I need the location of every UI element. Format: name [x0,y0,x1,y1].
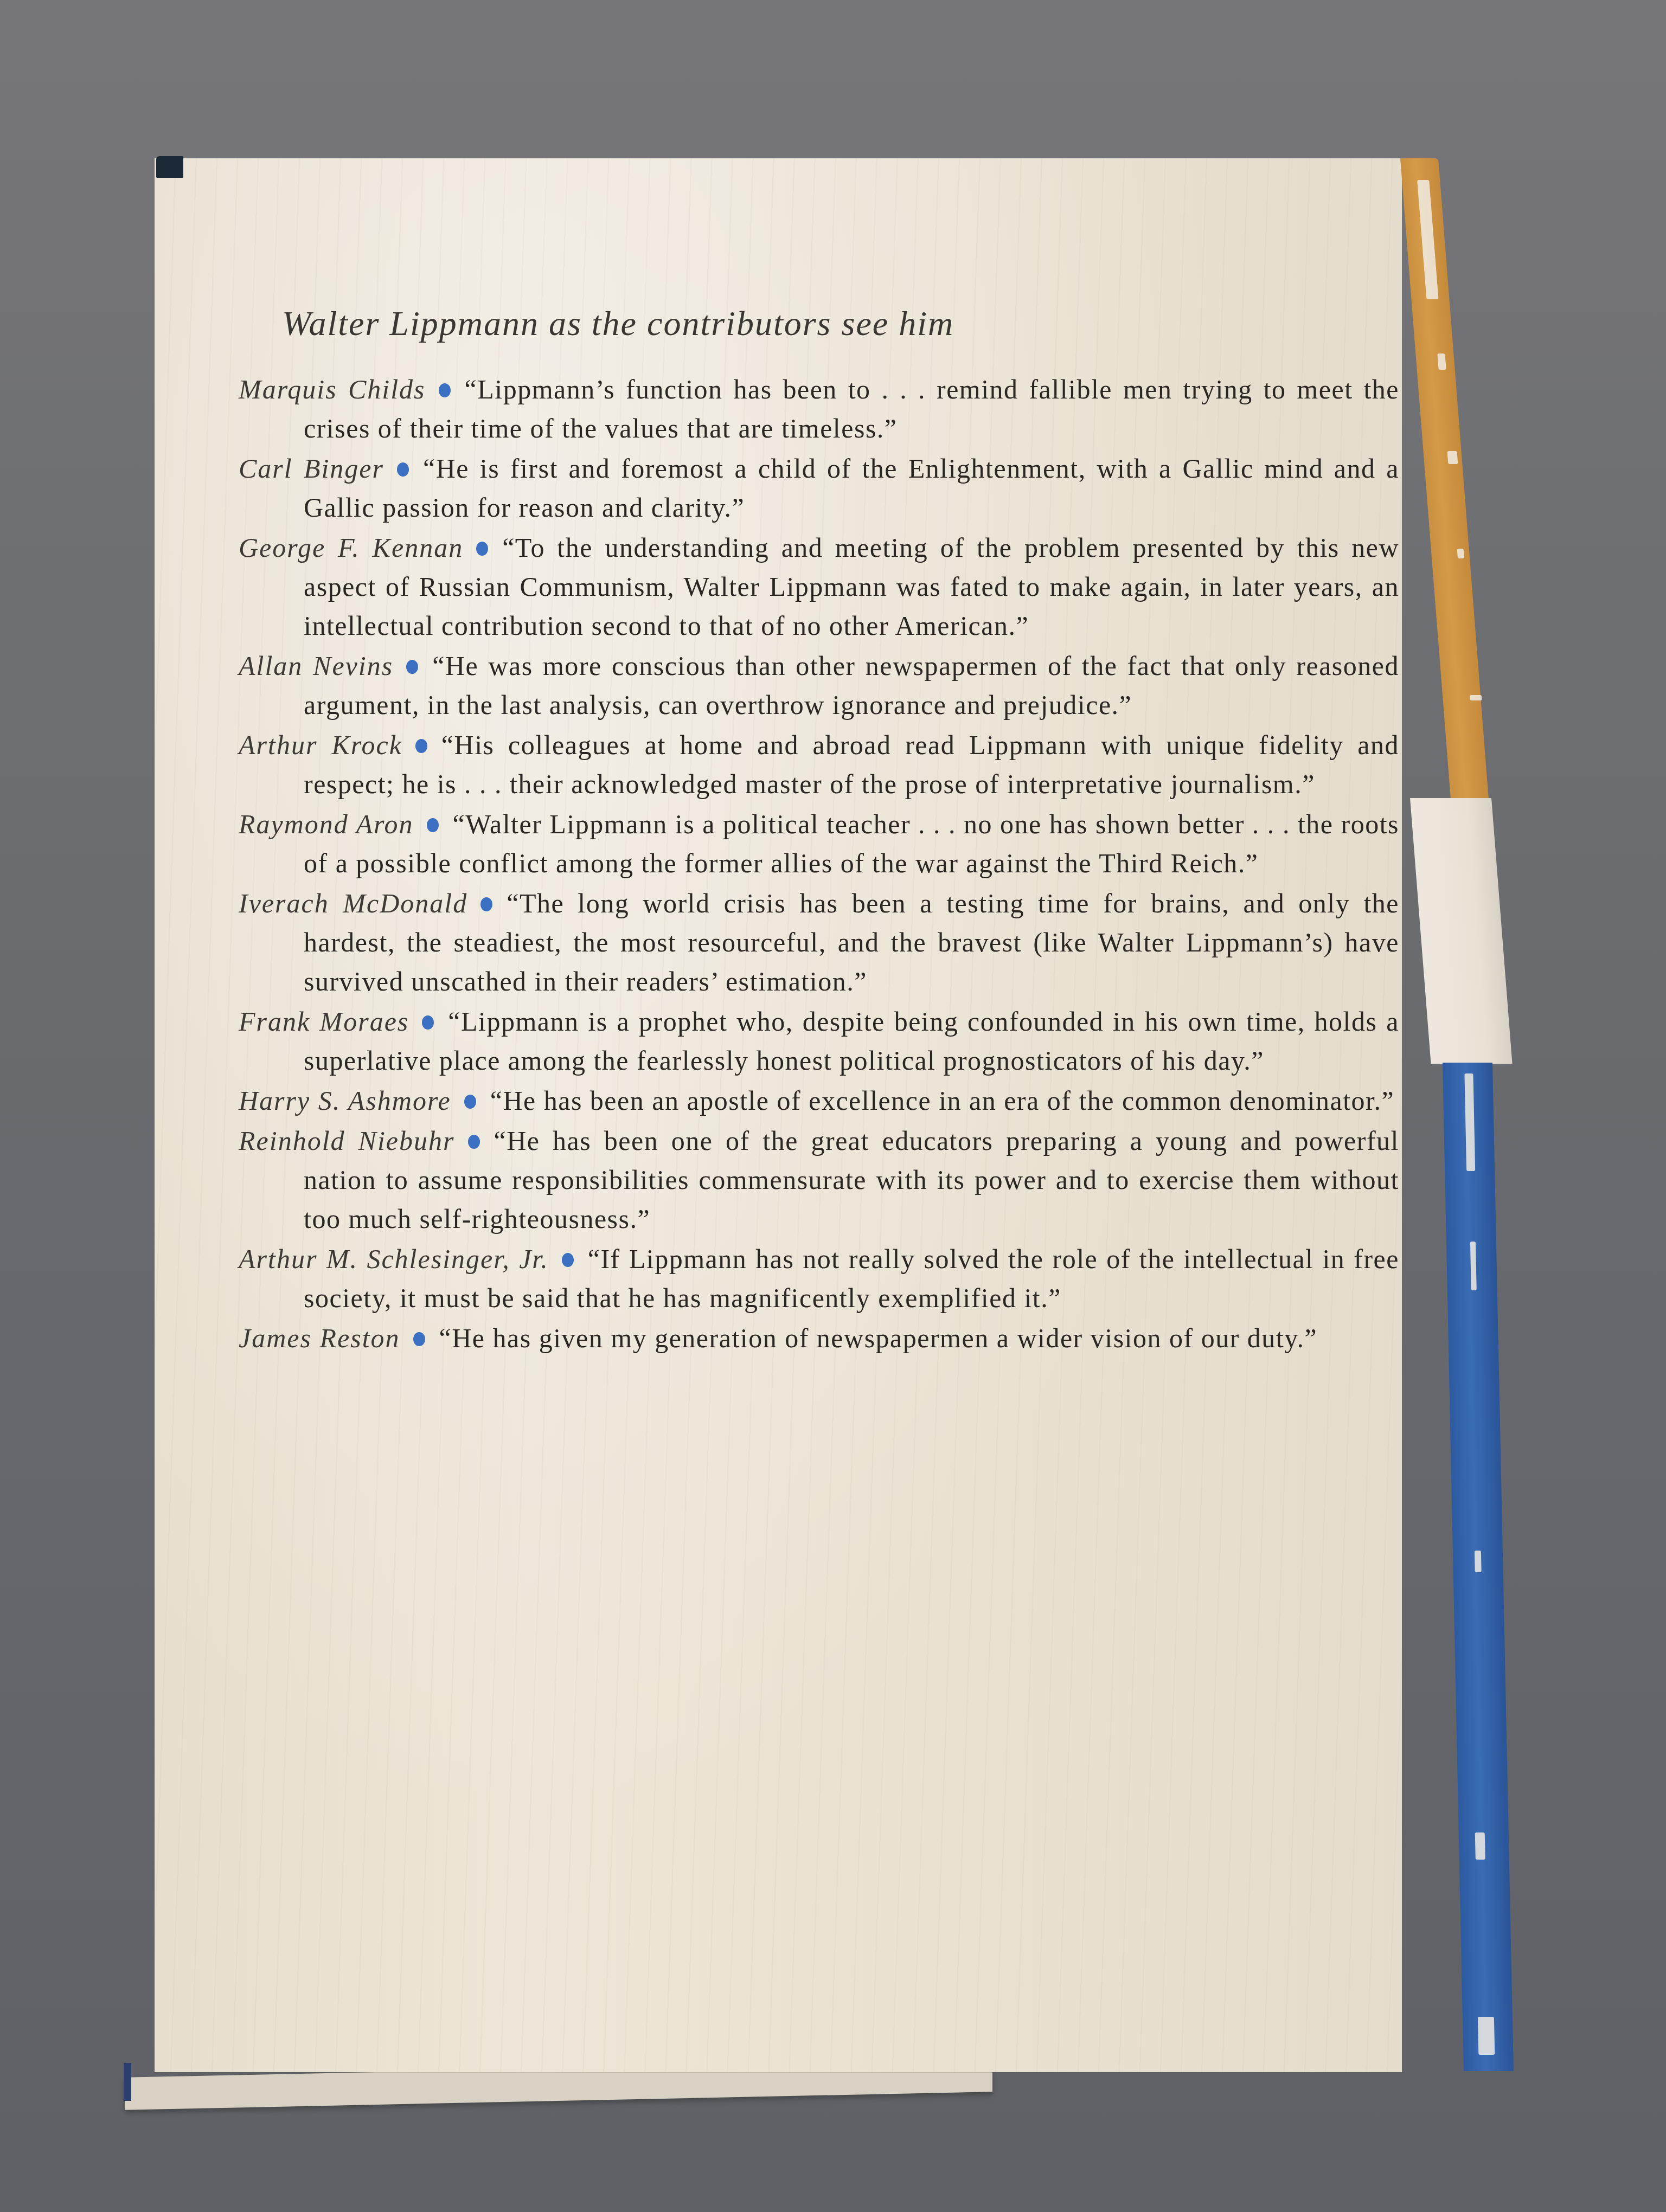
contributor-name: Arthur M. Schlesinger, Jr. [239,1244,549,1274]
blue-bullet-icon [439,383,451,397]
contributor-quote: “Lippmann is a prophet who, despite bein… [304,1006,1399,1076]
testimonial-entry: Carl Binger“He is first and foremost a c… [239,449,1399,527]
spine-white-band [1410,798,1513,1064]
testimonial-entry: Raymond Aron“Walter Lippmann is a politi… [239,805,1399,883]
contributor-name: Arthur Krock [239,730,402,760]
testimonial-entry: James Reston“He has given my generation … [239,1319,1399,1358]
contributor-name: Iverach McDonald [239,888,467,918]
blue-bullet-icon [406,660,418,674]
testimonial-entry: Allan Nevins“He was more conscious than … [239,646,1399,724]
contributor-name: Reinhold Niebuhr [239,1126,455,1156]
blue-bullet-icon [427,818,439,832]
contributor-name: James Reston [239,1323,400,1353]
contributor-name: Harry S. Ashmore [239,1085,451,1116]
contributor-name: Allan Nevins [239,651,393,681]
jacket-text-block: Walter Lippmann as the contributors see … [239,304,1399,1359]
contributor-quote: “His colleagues at home and abroad read … [304,730,1399,799]
testimonial-entry: Arthur Krock“His colleagues at home and … [239,725,1399,803]
blue-bullet-icon [413,1332,425,1346]
testimonial-entry: Marquis Childs“Lippmann’s function has b… [239,370,1399,448]
book-board-corner [156,156,183,178]
testimonial-entry: Reinhold Niebuhr“He has been one of the … [239,1121,1399,1238]
contributor-quote: “The long world crisis has been a testin… [304,888,1399,996]
testimonial-entry: Iverach McDonald“The long world crisis h… [239,884,1399,1001]
contributor-name: George F. Kennan [239,532,463,563]
spine-blue-band [1443,1063,1514,2071]
contributor-quote: “He has given my generation of newspaper… [439,1323,1318,1353]
contributor-quote: “To the understanding and meeting of the… [304,532,1399,641]
blue-bullet-icon [562,1253,574,1267]
blue-bullet-icon [476,542,488,556]
contributor-quote: “He was more conscious than other newspa… [304,651,1399,720]
contributor-quote: “Lippmann’s function has been to . . . r… [304,374,1399,443]
contributor-quote: “Walter Lippmann is a political teacher … [304,809,1399,878]
blue-bullet-icon [480,897,492,911]
page-title: Walter Lippmann as the contributors see … [282,304,1399,344]
blue-bullet-icon [468,1135,480,1149]
blue-bullet-icon [397,462,409,477]
contributor-name: Raymond Aron [239,809,414,839]
blue-bullet-icon [464,1095,476,1109]
testimonial-entry: Arthur M. Schlesinger, Jr.“If Lippmann h… [239,1239,1399,1317]
contributor-name: Frank Moraes [239,1006,409,1037]
contributor-name: Marquis Childs [239,374,426,404]
blue-bullet-icon [415,739,427,753]
blue-bullet-icon [422,1015,434,1030]
testimonial-entry: Frank Moraes“Lippmann is a prophet who, … [239,1002,1399,1080]
book-board-edge [124,2063,131,2101]
testimonial-entry: George F. Kennan“To the understanding an… [239,528,1399,645]
photo-scene: Walter Lippmann as the contributors see … [0,0,1666,2212]
contributor-quote: “He is first and foremost a child of the… [304,453,1399,523]
contributor-quote: “He has been an apostle of excellence in… [490,1085,1394,1116]
contributor-name: Carl Binger [239,453,384,484]
spine-orange-band [1400,158,1489,798]
testimonial-entry: Harry S. Ashmore“He has been an apostle … [239,1081,1399,1120]
